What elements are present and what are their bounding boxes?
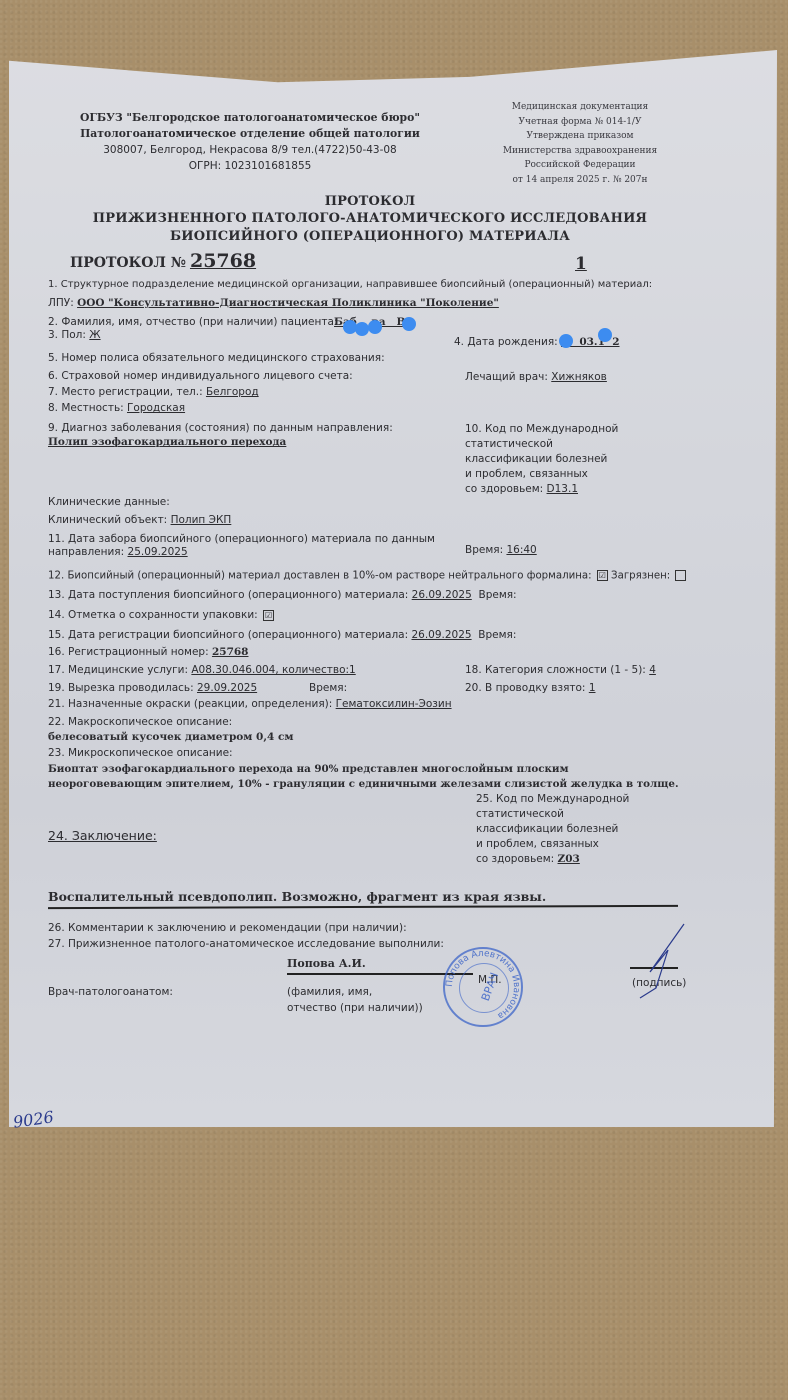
field-13: 13. Дата поступления биопсийного (операц… [48, 589, 517, 601]
registration-label: 7. Место регистрации, тел.: [48, 386, 203, 398]
field-14: 14. Отметка о сохранности упаковки: ☑ [48, 609, 274, 621]
approval-line: Утверждена приказом [490, 129, 670, 144]
organization-header: ОГБУЗ "Белгородское патологоанатомическо… [60, 110, 440, 174]
redaction-mark [598, 328, 612, 342]
field-27-label: 27. Прижизненное патолого-анатомическое … [48, 938, 444, 950]
field-6-label: 6. Страховой номер индивидуального лицев… [48, 370, 353, 382]
staining-label: 21. Назначенные окраски (реакции, опреде… [48, 698, 332, 710]
services-value: A08.30.046.004, количество:1 [191, 664, 355, 676]
receipt-date-label: 13. Дата поступления биопсийного (операц… [48, 589, 408, 601]
conclusion-text: Воспалительный псевдополип. Возможно, фр… [48, 889, 546, 904]
field-22-label: 22. Макроскопическое описание: [48, 716, 232, 728]
icd-label-line: и проблем, связанных [476, 837, 629, 852]
field-25-icd: 25. Код по Международной статистической … [476, 792, 629, 867]
icd-label-line: и проблем, связанных [465, 467, 618, 482]
macroscopic-description: белесоватый кусочек диаметром 0,4 см [48, 731, 294, 743]
registration-time-label: Время: [478, 629, 516, 641]
icd-label-line: статистической [465, 437, 618, 452]
field-5-label: 5. Номер полиса обязательного медицинско… [48, 352, 385, 364]
approval-line: Российской Федерации [490, 158, 670, 173]
microscopic-description-l1: Биоптат эзофагокардиального перехода на … [48, 763, 569, 775]
page-number: 1 [575, 254, 587, 274]
registration-date-value: 26.09.2025 [411, 629, 471, 641]
sampling-time-value: 16:40 [506, 544, 536, 556]
approval-line: Министерства здравоохранения [490, 144, 670, 159]
pathologist-name: Попова А.И. [287, 957, 366, 970]
icd-label-line: 25. Код по Международной [476, 792, 629, 807]
sampling-date-value: 25.09.2025 [128, 546, 188, 558]
processing-value: 1 [589, 682, 596, 694]
protocol-number-value: 25768 [190, 250, 256, 272]
approval-line: от 14 апреля 2025 г. № 207н [490, 173, 670, 188]
seal-stamp: Попова Алевтина Ивановна ВРАЧ [443, 947, 523, 1027]
staining-value: Гематоксилин-Эозин [336, 698, 452, 710]
signature-icon [610, 920, 690, 1000]
microscopic-description-l2: неороговевающим эпителием, 10% - грануля… [48, 778, 679, 790]
icd-label-line: классификации болезней [476, 822, 629, 837]
sex-value: Ж [89, 329, 100, 341]
locality-value: Городская [127, 402, 185, 414]
formalin-checkbox[interactable]: ☑ [597, 570, 608, 581]
clinical-object: Клинический объект: Полип ЭКП [48, 514, 231, 526]
pathologist-role: Врач-патологоанатом: [48, 986, 173, 998]
services-label: 17. Медицинские услуги: [48, 664, 188, 676]
grossing-time-label: Время: [309, 682, 347, 694]
clinical-object-value: Полип ЭКП [171, 514, 232, 526]
field-18: 18. Категория сложности (1 - 5): 4 [465, 664, 656, 676]
sampling-date-label: направления: [48, 546, 124, 558]
protocol-number: ПРОТОКОЛ №25768 [70, 250, 256, 272]
birthdate-label: 4. Дата рождения: [454, 336, 558, 348]
field-12: 12. Биопсийный (операционный) материал д… [48, 570, 686, 582]
lpu-label: ЛПУ: [48, 297, 74, 309]
form-approval-block: Медицинская документация Учетная форма №… [490, 100, 670, 187]
grossing-label: 19. Вырезка проводилась: [48, 682, 194, 694]
formalin-label: 12. Биопсийный (операционный) материал д… [48, 571, 592, 582]
doc-title-line3: БИОПСИЙНОГО (ОПЕРАЦИОННОГО) МАТЕРИАЛА [60, 229, 680, 244]
field-23-label: 23. Микроскопическое описание: [48, 747, 233, 759]
sampling-time-label: Время: [465, 544, 503, 556]
grossing-date: 29.09.2025 [197, 682, 257, 694]
registration-value: Белгород [206, 386, 259, 398]
field-20: 20. В проводку взято: 1 [465, 682, 596, 694]
processing-label: 20. В проводку взято: [465, 682, 585, 694]
redaction-mark [402, 317, 416, 331]
protocol-label: ПРОТОКОЛ № [70, 255, 186, 271]
name-hint-l1: (фамилия, имя, [287, 986, 372, 998]
package-integrity-label: 14. Отметка о сохранности упаковки: [48, 609, 258, 621]
icd-label-line: со здоровьем: [476, 853, 554, 865]
sampling-time: Время: 16:40 [465, 544, 537, 556]
doc-title-line2: ПРИЖИЗНЕННОГО ПАТОЛОГО-АНАТОМИЧЕСКОГО ИС… [60, 211, 680, 226]
icd-label-line: 10. Код по Международной [465, 422, 618, 437]
field-11: направления: 25.09.2025 [48, 546, 188, 558]
icd-code-referral: D13.1 [547, 483, 578, 495]
receipt-date-value: 26.09.2025 [412, 589, 472, 601]
complexity-value: 4 [649, 664, 656, 676]
field-10-icd: 10. Код по Международной статистической … [465, 422, 618, 497]
clinical-data-label: Клинические данные: [48, 496, 170, 508]
registration-date-label: 15. Дата регистрации биопсийного (операц… [48, 629, 408, 641]
receipt-time-label: Время: [478, 589, 516, 601]
field-4: 4. Дата рождения: 2 03.1 2 [454, 336, 620, 348]
referral-diagnosis: Полип эзофагокардиального перехода [48, 436, 286, 448]
seal-icon: Попова Алевтина Ивановна ВРАЧ [443, 947, 523, 1027]
conclusion-label: 24. Заключение: [48, 828, 157, 843]
field-1-label: 1. Структурное подразделение медицинской… [48, 279, 652, 290]
doctor-value: Хижняков [551, 371, 607, 383]
field-19: 19. Вырезка проводилась: 29.09.2025 [48, 682, 257, 694]
contaminated-label: Загрязнен: [611, 571, 670, 582]
icd-label-line: классификации болезней [465, 452, 618, 467]
field-lpu: ЛПУ: ООО "Консультативно-Диагностическая… [48, 297, 499, 309]
field-26-label: 26. Комментарии к заключению и рекоменда… [48, 922, 407, 934]
lpu-value: ООО "Консультативно-Диагностическая Поли… [77, 297, 499, 309]
org-address: 308007, Белгород, Некрасова 8/9 тел.(472… [60, 142, 440, 158]
reg-number-label: 16. Регистрационный номер: [48, 646, 209, 658]
icd-label-line: статистической [476, 807, 629, 822]
package-integrity-checkbox[interactable]: ☑ [263, 610, 274, 621]
complexity-label: 18. Категория сложности (1 - 5): [465, 664, 646, 676]
redaction-mark [355, 322, 369, 336]
attending-doctor: Лечащий врач: Хижняков [465, 371, 607, 383]
field-21: 21. Назначенные окраски (реакции, опреде… [48, 698, 452, 710]
field-16: 16. Регистрационный номер: 25768 [48, 646, 248, 658]
doctor-label: Лечащий врач: [465, 371, 548, 383]
handwritten-note: 9026 [12, 1107, 55, 1131]
locality-label: 8. Местность: [48, 402, 124, 414]
redaction-mark [368, 320, 382, 334]
icd-code-conclusion: Z03 [558, 853, 580, 865]
org-ogrn: ОГРН: 1023101681855 [60, 158, 440, 174]
field-3: 3. Пол: Ж [48, 329, 101, 341]
department-name: Патологоанатомическое отделение общей па… [60, 126, 440, 142]
clinical-object-label: Клинический объект: [48, 514, 167, 526]
redaction-mark [559, 334, 573, 348]
sex-label: 3. Пол: [48, 329, 86, 341]
doc-title: ПРОТОКОЛ [60, 194, 680, 209]
approval-line: Учетная форма № 014-1/У [490, 115, 670, 130]
org-name: ОГБУЗ "Белгородское патологоанатомическо… [60, 110, 440, 126]
field-11-label: 11. Дата забора биопсийного (операционно… [48, 533, 435, 545]
field-15: 15. Дата регистрации биопсийного (операц… [48, 629, 516, 641]
icd-label-line: со здоровьем: [465, 483, 543, 495]
field-17: 17. Медицинские услуги: A08.30.046.004, … [48, 664, 356, 676]
field-9-label: 9. Диагноз заболевания (состояния) по да… [48, 422, 393, 434]
contaminated-checkbox[interactable] [675, 570, 686, 581]
field-8: 8. Местность: Городская [48, 402, 185, 414]
field-2-label: 2. Фамилия, имя, отчество (при наличии) … [48, 316, 337, 328]
approval-line: Медицинская документация [490, 100, 670, 115]
name-hint-l2: отчество (при наличии)) [287, 1002, 423, 1014]
reg-number-value: 25768 [212, 646, 249, 658]
svg-text:ВРАЧ: ВРАЧ [479, 971, 501, 1003]
field-7: 7. Место регистрации, тел.: Белгород [48, 386, 259, 398]
